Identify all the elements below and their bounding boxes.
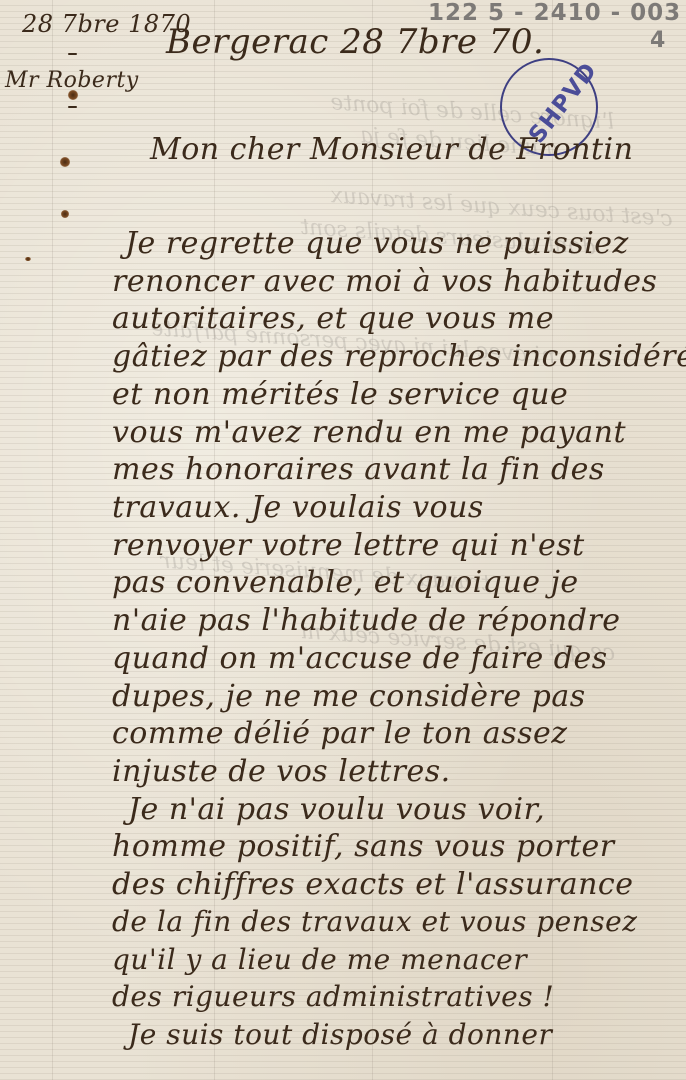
ink-spot (25, 257, 31, 261)
margin-dash (68, 106, 77, 108)
letter-line: Je regrette que vous ne puissiez (125, 226, 629, 261)
letter-line: comme délié par le ton assez (112, 716, 568, 751)
letter-line: des rigueurs administratives ! (112, 980, 554, 1013)
letter-line: de la fin des travaux et vous pensez (112, 905, 637, 938)
letter-line: quand on m'accuse de faire des (112, 641, 608, 676)
letter-line: qu'il y a lieu de me menacer (112, 943, 527, 976)
letter-line: renoncer avec moi à vos habitudes (112, 264, 657, 299)
bleed-through-text: c'est tous ceux que les travaux (330, 183, 674, 232)
ink-spot (68, 90, 78, 100)
letter-line: homme positif, sans vous porter (112, 829, 615, 864)
letter-line: n'aie pas l'habitude de répondre (112, 603, 621, 638)
letter-line: mes honoraires avant la fin des (112, 452, 605, 487)
letter-line: pas convenable, et quoique je (112, 565, 579, 600)
ink-spot (60, 157, 70, 167)
letter-line: gâtiez par des reproches inconsidérés (112, 339, 686, 374)
letter-line: Je suis tout disposé à donner (128, 1018, 552, 1051)
letter-line: travaux. Je voulais vous (112, 490, 484, 525)
letter-line: Je n'ai pas voulu vous voir, (128, 792, 545, 827)
letter-line: vous m'avez rendu en me payant (112, 415, 626, 450)
letter-line: et non mérités le service que (112, 377, 568, 412)
letter-line: injuste de vos lettres. (112, 754, 451, 789)
ink-spot (61, 210, 69, 218)
page-number: 4 (650, 28, 666, 53)
margin-rule (52, 0, 53, 1080)
letter-line: des chiffres exacts et l'assurance (112, 867, 633, 902)
margin-dash (68, 53, 77, 55)
letter-salutation: Mon cher Monsieur de Frontin (150, 132, 633, 167)
letter-place-date: Bergerac 28 7bre 70. (166, 22, 544, 62)
letter-line: dupes, je ne me considère pas (112, 679, 586, 714)
letter-line: renvoyer votre lettre qui n'est (112, 528, 585, 563)
letter-line: autoritaires, et que vous me (112, 301, 554, 336)
letter-page: l'ignore celle de foi ponte a une lieu d… (0, 0, 686, 1080)
